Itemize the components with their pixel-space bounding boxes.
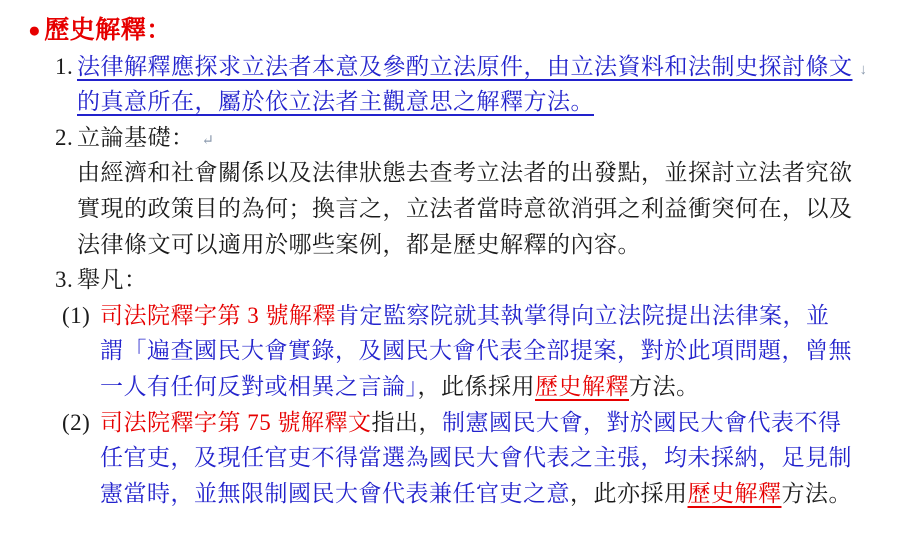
- item-2-body-text-3: 法律條文可以適用於哪些案例，都是歷史解釋的內容。: [77, 232, 641, 257]
- item-3-2-marker: (2): [62, 405, 100, 441]
- item-2-body-line-2: 實現的政策目的為何；換言之，立法者當時意欲消弭之利益衝突何在，以及: [0, 191, 897, 227]
- soft-linebreak-mark-icon: ↓: [860, 62, 868, 78]
- item-3-1-text-5: 方法。: [629, 374, 700, 399]
- item-3-1-text-1: 肯定監察院就其執掌得向立法院提出法律案，並: [336, 303, 830, 328]
- item-3-heading-line: 3.舉凡：: [0, 262, 897, 298]
- item-3-1-text-2: 謂「遍查國民大會實錄，及國民大會代表全部提案，對於此項問題，曾無: [100, 338, 852, 363]
- item-3-2-line-3: 憲當時，並無限制國民大會代表兼任官吏之意，此亦採用歷史解釋方法。: [0, 476, 897, 512]
- item-3-2-text-5: ，此亦採用: [570, 481, 688, 506]
- item-2-body-text-1: 由經濟和社會關係以及法律狀態去查考立法者的出發點，並探討立法者究欲: [77, 160, 853, 185]
- item-2-body-line-3: 法律條文可以適用於哪些案例，都是歷史解釋的內容。: [0, 227, 897, 263]
- item-3-1-text-4: ，此係採用: [418, 374, 536, 399]
- item-3-1-citation: 司法院釋字第 3 號解釋: [100, 303, 336, 328]
- item-3-2-line-2: 任官吏，及現任官吏不得當選為國民大會代表之主張，均未採納，足見制: [0, 440, 897, 476]
- item-1-number: 1.: [55, 49, 77, 85]
- item-1-line-1: 1.法律解釋應探求立法者本意及參酌立法原件，由立法資料和法制史探討條文↓: [0, 49, 897, 85]
- page-title: ●歷史解釋：: [0, 13, 897, 49]
- item-3-1-line-3: 一人有任何反對或相異之言論」，此係採用歷史解釋方法。: [0, 369, 897, 405]
- item-2-heading: 立論基礎：: [77, 125, 195, 150]
- item-3-heading: 舉凡：: [77, 267, 148, 292]
- item-3-2-text-6: 方法。: [782, 481, 853, 506]
- item-3-2-citation: 司法院釋字第 75 號解釋文: [100, 410, 372, 435]
- item-1-text-line-1: 法律解釋應探求立法者本意及參酌立法原件，由立法資料和法制史探討條文: [77, 54, 853, 79]
- item-3-1-line-2: 謂「遍查國民大會實錄，及國民大會代表全部提案，對於此項問題，曾無: [0, 333, 897, 369]
- item-2-heading-line: 2.立論基礎：↵: [0, 120, 897, 156]
- bullet-icon: ●: [28, 18, 41, 42]
- item-3-2-highlight: 歷史解釋: [688, 481, 782, 506]
- page-title-text: 歷史解釋：: [44, 17, 172, 44]
- item-3-1-marker: (1): [62, 298, 100, 334]
- item-3-2-text-3: 任官吏，及現任官吏不得當選為國民大會代表之主張，均未採納，足見制: [100, 445, 852, 470]
- item-3-number: 3.: [55, 262, 77, 298]
- item-2-body-text-2: 實現的政策目的為何；換言之，立法者當時意欲消弭之利益衝突何在，以及: [77, 196, 853, 221]
- slide-page: ●歷史解釋： 1.法律解釋應探求立法者本意及參酌立法原件，由立法資料和法制史探討…: [0, 0, 897, 533]
- item-3-2-text-1: 指出，: [372, 410, 443, 435]
- item-1-line-2: 的真意所在，屬於依立法者主觀意思之解釋方法。: [0, 84, 897, 120]
- item-1-text-line-2: 的真意所在，屬於依立法者主觀意思之解釋方法。: [77, 89, 594, 114]
- item-3-2-line-1: (2)司法院釋字第 75 號解釋文指出，制憲國民大會，對於國民大會代表不得: [0, 405, 897, 441]
- paragraph-return-mark-icon: ↵: [202, 133, 215, 149]
- item-3-1-line-1: (1)司法院釋字第 3 號解釋肯定監察院就其執掌得向立法院提出法律案，並: [0, 298, 897, 334]
- item-3-1-text-3: 一人有任何反對或相異之言論」: [100, 374, 418, 399]
- item-3-2-text-4: 憲當時，並無限制國民大會代表兼任官吏之意: [100, 481, 570, 506]
- item-3-2-text-2: 制憲國民大會，對於國民大會代表不得: [442, 410, 842, 435]
- item-2-number: 2.: [55, 120, 77, 156]
- item-2-body-line-1: 由經濟和社會關係以及法律狀態去查考立法者的出發點，並探討立法者究欲: [0, 155, 897, 191]
- item-3-1-highlight: 歷史解釋: [535, 374, 629, 399]
